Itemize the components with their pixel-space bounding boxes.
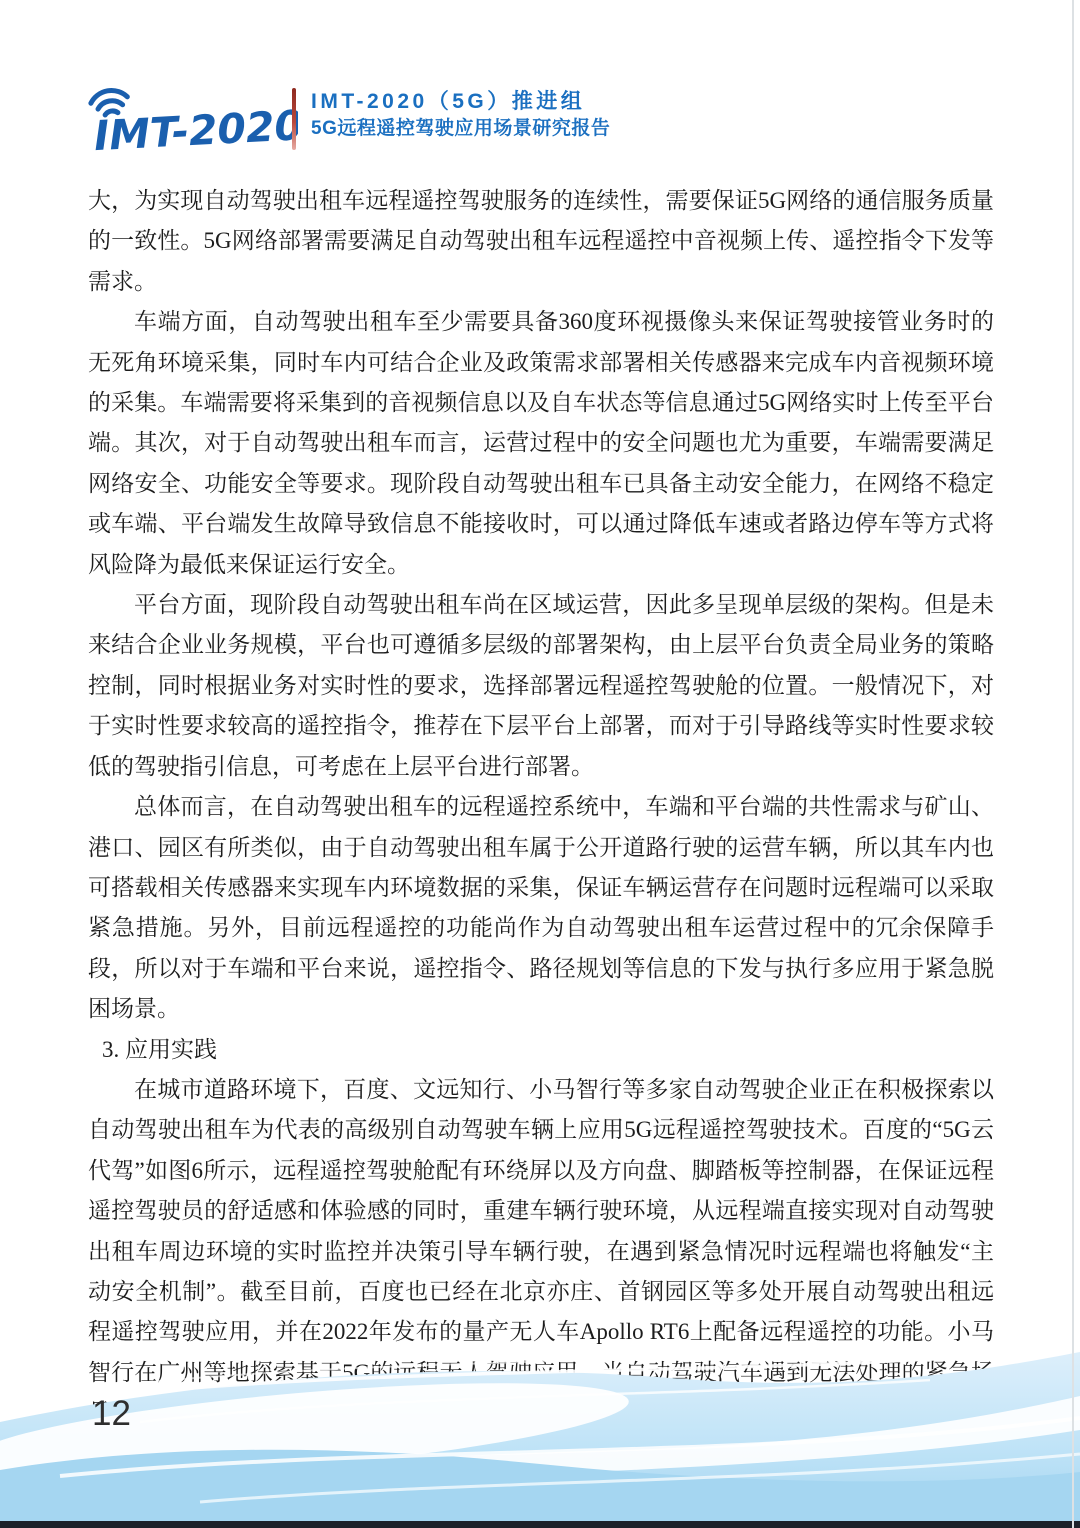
footer-wave-decoration	[0, 1338, 1080, 1528]
org-name: IMT-2020（5G）推进组	[311, 88, 610, 116]
document-body: 大，为实现自动驾驶出租车远程遥控驾驶服务的连续性，需要保证5G网络的通信服务质量…	[88, 181, 994, 1474]
logo-text: IMT-2020	[93, 101, 298, 158]
paragraph: 平台方面，现阶段自动驾驶出租车尚在区域运营，因此多呈现单层级的架构。但是未来结合…	[88, 585, 994, 787]
imt-2020-logo: IMT-2020	[86, 78, 298, 158]
header-divider	[292, 88, 296, 150]
page-number: 12	[92, 1394, 131, 1434]
report-title: 5G远程遥控驾驶应用场景研究报告	[311, 116, 610, 142]
section-heading: 3. 应用实践	[88, 1030, 994, 1070]
report-page: IMT-2020 IMT-2020（5G）推进组 5G远程遥控驾驶应用场景研究报…	[0, 0, 1080, 1528]
paragraph: 大，为实现自动驾驶出租车远程遥控驾驶服务的连续性，需要保证5G网络的通信服务质量…	[88, 181, 994, 302]
header-titles: IMT-2020（5G）推进组 5G远程遥控驾驶应用场景研究报告	[311, 88, 610, 142]
page-edge-line	[1072, 0, 1074, 1528]
paragraph: 车端方面，自动驾驶出租车至少需要具备360度环视摄像头来保证驾驶接管业务时的无死…	[88, 302, 994, 585]
paragraph: 总体而言，在自动驾驶出租车的远程遥控系统中，车端和平台端的共性需求与矿山、港口、…	[88, 787, 994, 1029]
bottom-strip	[0, 1521, 1080, 1528]
